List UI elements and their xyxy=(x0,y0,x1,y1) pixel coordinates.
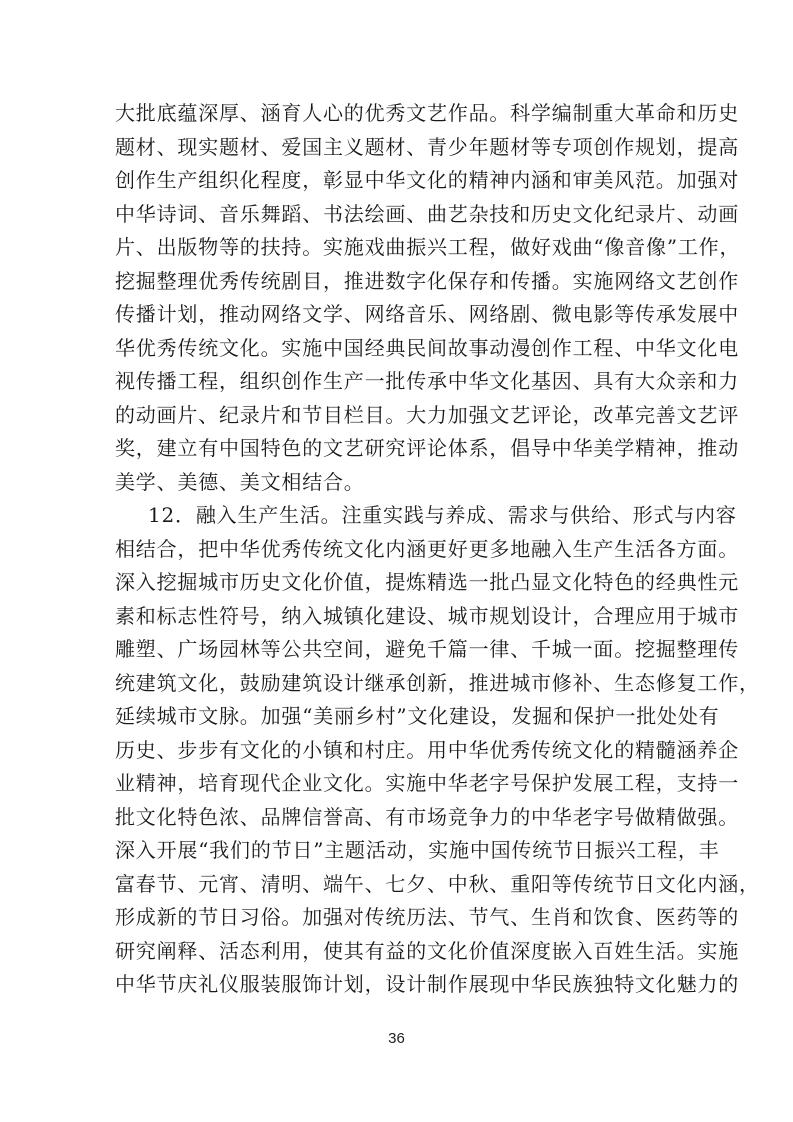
text-line: 素和标志性符号，纳入城镇化建设、城市规划设计，合理应用于城市 xyxy=(115,600,681,634)
text-line: 12．融入生产生活。注重实践与养成、需求与供给、形式与内容 xyxy=(115,499,681,533)
text-line: 深入开展“我们的节日”主题活动，实施中国传统节日振兴工程，丰 xyxy=(115,834,681,868)
text-line: 相结合，把中华优秀传统文化内涵更好更多地融入生产生活各方面。 xyxy=(115,533,681,567)
text-line: 形成新的节日习俗。加强对传统历法、节气、生肖和饮食、医药等的 xyxy=(115,901,681,935)
text-line: 视传播工程，组织创作生产一批传承中华文化基因、具有大众亲和力 xyxy=(115,365,681,399)
text-line: 题材、现实题材、爱国主义题材、青少年题材等专项创作规划，提高 xyxy=(115,131,681,165)
text-line: 创作生产组织化程度，彰显中华文化的精神内涵和审美风范。加强对 xyxy=(115,164,681,198)
text-line: 富春节、元宵、清明、端午、七夕、中秋、重阳等传统节日文化内涵， xyxy=(115,868,681,902)
body-text: 大批底蕴深厚、涵育人心的优秀文艺作品。科学编制重大革命和历史题材、现实题材、爱国… xyxy=(115,97,681,1002)
text-line: 业精神，培育现代企业文化。实施中华老字号保护发展工程，支持一 xyxy=(115,767,681,801)
text-line: 片、出版物等的扶持。实施戏曲振兴工程，做好戏曲“像音像”工作， xyxy=(115,231,681,265)
text-line: 中华节庆礼仪服装服饰计划，设计制作展现中华民族独特文化魅力的 xyxy=(115,968,681,1002)
page-number: 36 xyxy=(0,1030,793,1047)
text-line: 的动画片、纪录片和节目栏目。大力加强文艺评论，改革完善文艺评 xyxy=(115,399,681,433)
text-line: 批文化特色浓、品牌信誉高、有市场竞争力的中华老字号做精做强。 xyxy=(115,801,681,835)
text-line: 统建筑文化，鼓励建筑设计继承创新，推进城市修补、生态修复工作， xyxy=(115,667,681,701)
text-line: 华优秀传统文化。实施中国经典民间故事动漫创作工程、中华文化电 xyxy=(115,332,681,366)
text-line: 传播计划，推动网络文学、网络音乐、网络剧、微电影等传承发展中 xyxy=(115,298,681,332)
text-line: 美学、美德、美文相结合。 xyxy=(115,466,681,500)
text-line: 奖，建立有中国特色的文艺研究评论体系，倡导中华美学精神，推动 xyxy=(115,432,681,466)
text-line: 延续城市文脉。加强“美丽乡村”文化建设，发掘和保护一批处处有 xyxy=(115,700,681,734)
document-page: 大批底蕴深厚、涵育人心的优秀文艺作品。科学编制重大革命和历史题材、现实题材、爱国… xyxy=(0,0,793,1122)
text-line: 深入挖掘城市历史文化价值，提炼精选一批凸显文化特色的经典性元 xyxy=(115,566,681,600)
text-line: 研究阐释、活态利用，使其有益的文化价值深度嵌入百姓生活。实施 xyxy=(115,935,681,969)
text-line: 中华诗词、音乐舞蹈、书法绘画、曲艺杂技和历史文化纪录片、动画 xyxy=(115,198,681,232)
text-line: 历史、步步有文化的小镇和村庄。用中华优秀传统文化的精髓涵养企 xyxy=(115,734,681,768)
text-line: 大批底蕴深厚、涵育人心的优秀文艺作品。科学编制重大革命和历史 xyxy=(115,97,681,131)
text-line: 挖掘整理优秀传统剧目，推进数字化保存和传播。实施网络文艺创作 xyxy=(115,265,681,299)
text-line: 雕塑、广场园林等公共空间，避免千篇一律、千城一面。挖掘整理传 xyxy=(115,633,681,667)
